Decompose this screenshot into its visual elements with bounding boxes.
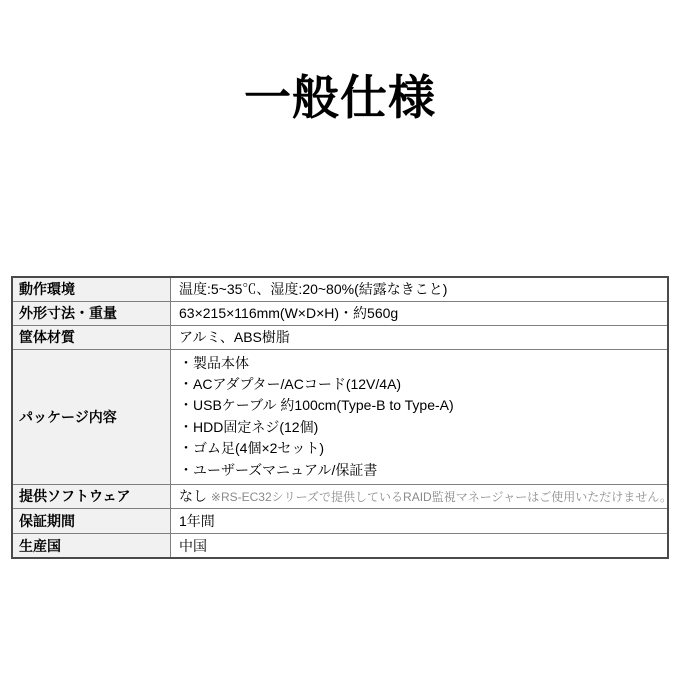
- row-label-provided-software: 提供ソフトウェア: [12, 484, 171, 508]
- row-value-country-of-origin: 中国: [171, 533, 669, 558]
- table-row-case-material: 筐体材質 アルミ、ABS樹脂: [12, 325, 668, 349]
- table-row-warranty-period: 保証期間 1年間: [12, 508, 668, 533]
- package-item: ・ゴム足(4個×2セット): [179, 438, 661, 459]
- row-value-case-material: アルミ、ABS樹脂: [171, 325, 669, 349]
- table-row-provided-software: 提供ソフトウェア なし ※RS-EC32シリーズで提供しているRAID監視マネー…: [12, 484, 668, 508]
- row-value-provided-software: なし ※RS-EC32シリーズで提供しているRAID監視マネージャーはご使用いた…: [171, 484, 669, 508]
- row-label-dimensions-weight: 外形寸法・重量: [12, 301, 171, 325]
- row-value-operating-environment: 温度:5~35℃、湿度:20~80%(結露なきこと): [171, 277, 669, 301]
- table-row-operating-environment: 動作環境 温度:5~35℃、湿度:20~80%(結露なきこと): [12, 277, 668, 301]
- provided-software-note: ※RS-EC32シリーズで提供しているRAID監視マネージャーはご使用いただけま…: [211, 490, 668, 504]
- table-row-dimensions-weight: 外形寸法・重量 63×215×116mm(W×D×H)・約560g: [12, 301, 668, 325]
- package-item: ・USBケーブル 約100cm(Type-B to Type-A): [179, 395, 661, 416]
- package-item: ・ACアダプター/ACコード(12V/4A): [179, 374, 661, 395]
- package-item: ・製品本体: [179, 353, 661, 374]
- row-label-case-material: 筐体材質: [12, 325, 171, 349]
- spec-table: 動作環境 温度:5~35℃、湿度:20~80%(結露なきこと) 外形寸法・重量 …: [11, 276, 669, 559]
- row-value-warranty-period: 1年間: [171, 508, 669, 533]
- package-item: ・ユーザーズマニュアル/保証書: [179, 460, 661, 481]
- page-title: 一般仕様: [0, 74, 680, 121]
- row-value-dimensions-weight: 63×215×116mm(W×D×H)・約560g: [171, 301, 669, 325]
- row-label-country-of-origin: 生産国: [12, 533, 171, 558]
- table-row-package-contents: パッケージ内容 ・製品本体 ・ACアダプター/ACコード(12V/4A) ・US…: [12, 349, 668, 484]
- row-label-warranty-period: 保証期間: [12, 508, 171, 533]
- table-row-country-of-origin: 生産国 中国: [12, 533, 668, 558]
- package-item: ・HDD固定ネジ(12個): [179, 417, 661, 438]
- provided-software-value: なし: [179, 488, 207, 504]
- row-value-package-contents: ・製品本体 ・ACアダプター/ACコード(12V/4A) ・USBケーブル 約1…: [171, 349, 669, 484]
- row-label-operating-environment: 動作環境: [12, 277, 171, 301]
- row-label-package-contents: パッケージ内容: [12, 349, 171, 484]
